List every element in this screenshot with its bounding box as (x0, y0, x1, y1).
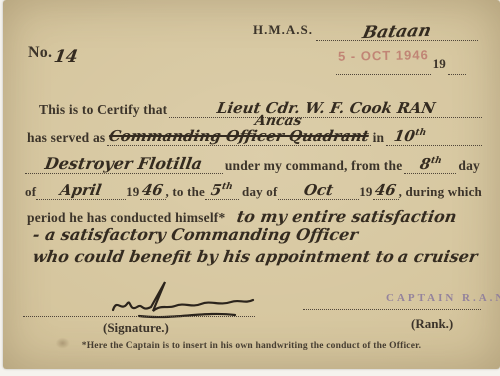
in-label: in (373, 130, 385, 146)
ship-name-value: Bataan (361, 21, 433, 43)
certify-text: This is to Certify that (39, 102, 167, 118)
year-prefix-printed: 19 (433, 56, 446, 75)
from-day-blank: 8th (404, 155, 456, 174)
served-as-line: has served as Commanding Officer Quadran… (25, 118, 482, 146)
to-day-blank: 5th (205, 181, 239, 200)
of-label: of (25, 184, 36, 200)
signature-rule (23, 316, 255, 317)
to-year-value: 46 (374, 181, 398, 199)
remarks-line-2: who could benefit by his appointment to (31, 246, 395, 267)
signature-caption: (Signature.) (103, 320, 169, 336)
flotilla-number-blank: 10th (386, 127, 482, 146)
during-label: , during which (399, 184, 482, 200)
certificate-number-label: No. (28, 44, 52, 65)
rank-caption: (Rank.) (411, 316, 453, 332)
certificate-number: No. 14 (28, 44, 78, 65)
from-year-blank: 46 (140, 181, 166, 200)
certify-line: This is to Certify that Lieut Cdr. W. F.… (25, 90, 482, 118)
ship-prefix-label: H.M.A.S. (253, 22, 313, 41)
footnote: *Here the Captain is to insert in his ow… (3, 341, 500, 351)
ship-line: H.M.A.S. Bataan (253, 22, 478, 41)
flotilla-number-value: 10th (393, 127, 427, 145)
date-blank-tail (448, 58, 466, 75)
to-month-blank: Oct (278, 181, 360, 200)
to-month-value: Oct (302, 181, 334, 199)
position-blank: Commanding Officer Quadrant Ancas (107, 127, 370, 146)
certificate-number-value: 14 (53, 47, 80, 67)
from-month-value: April (59, 181, 103, 199)
officer-name-blank: Lieut Cdr. W. F. Cook RAN (169, 99, 482, 118)
dates-line: of April 19 46 , to the 5th day of Oct 1… (25, 174, 482, 200)
position-struck-value: Commanding Officer Quadrant (108, 127, 371, 145)
to-the-label: , to the (166, 184, 206, 200)
from-month-blank: April (36, 181, 126, 200)
rank-stamp: CAPTAIN R.A.N (386, 292, 500, 304)
conduct-line: period he has conducted himself* to my e… (25, 200, 482, 226)
from-year-prefix: 19 (126, 184, 139, 200)
served-as-label: has served as (27, 130, 105, 146)
day-of-label: day of (242, 184, 278, 200)
from-year-value: 46 (141, 181, 165, 199)
remarks-block: - a satisfactory Commanding Officer who … (33, 224, 500, 268)
signature-mark (103, 278, 263, 320)
certificate-paper: No. 14 H.M.A.S. Bataan 19 5 - OCT 1946 T… (3, 0, 500, 369)
command-text: under my command, from the (225, 158, 403, 174)
flotilla-name-blank: Destroyer Flotilla (25, 154, 223, 174)
rank-rule (303, 309, 481, 310)
date-line: 19 5 - OCT 1946 (336, 56, 466, 75)
officer-name-value: Lieut Cdr. W. F. Cook RAN (215, 99, 436, 117)
flotilla-name-value: Destroyer Flotilla (44, 154, 204, 173)
day-label: day (458, 158, 480, 174)
remarks-line-1: - a satisfactory Commanding Officer (31, 224, 359, 245)
flotilla-line: Destroyer Flotilla under my command, fro… (25, 146, 482, 174)
to-year-blank: 46 (373, 181, 399, 200)
remarks-line-3: a cruiser (396, 246, 479, 267)
to-day-value: 5th (210, 181, 234, 199)
date-stamp: 5 - OCT 1946 (338, 47, 429, 64)
to-year-prefix: 19 (359, 184, 372, 200)
from-day-value: 8th (418, 155, 442, 173)
ship-name-blank: Bataan (316, 22, 478, 41)
position-correction-value: Ancas (253, 113, 302, 129)
